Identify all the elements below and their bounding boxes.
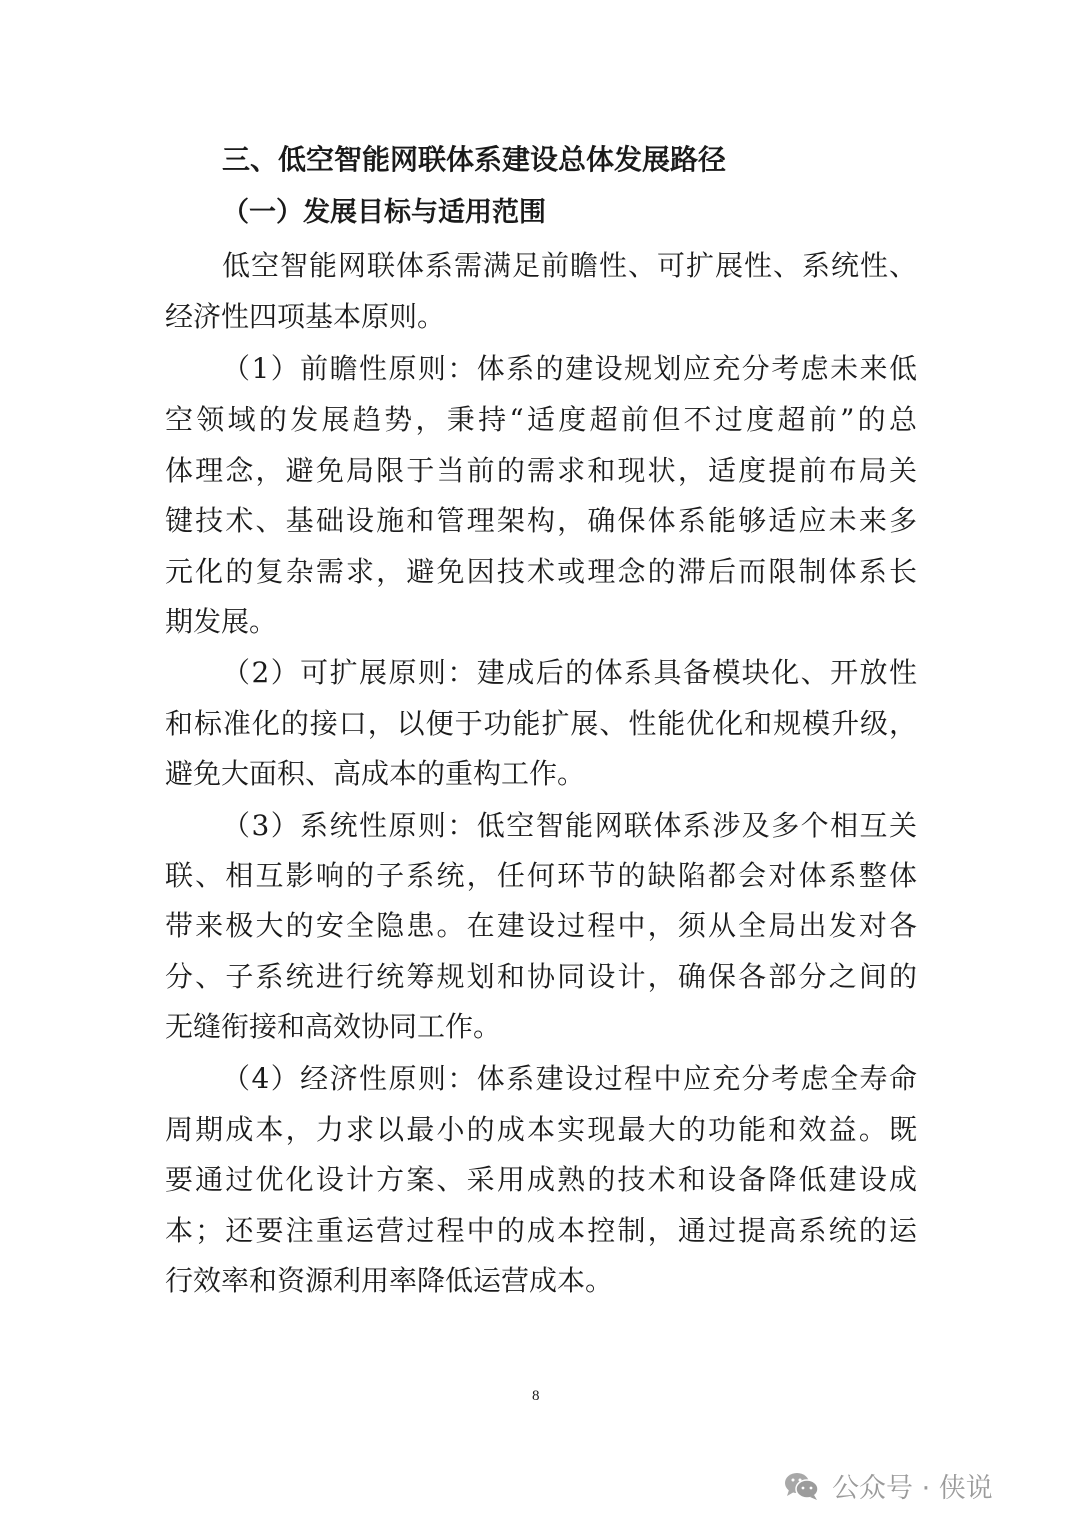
paragraph-line: 本；还要注重运营过程中的成本控制，通过提高系统的运	[165, 1211, 917, 1251]
paragraph-line: （4）经济性原则：体系建设过程中应充分考虑全寿命	[222, 1059, 917, 1099]
paragraph-line: 元化的复杂需求，避免因技术或理念的滞后而限制体系长	[165, 552, 917, 592]
paragraph-line: 分、子系统进行统筹规划和协同设计，确保各部分之间的	[165, 957, 917, 997]
paragraph-line: 体理念，避免局限于当前的需求和现状，适度提前布局关	[165, 451, 917, 491]
document-page: 三、低空智能网联体系建设总体发展路径 （一）发展目标与适用范围 低空智能网联体系…	[0, 0, 1080, 1527]
watermark: 公众号 · 侠说	[784, 1466, 993, 1505]
paragraph-line: （1）前瞻性原则：体系的建设规划应充分考虑未来低	[222, 349, 917, 389]
paragraph-line: 经济性四项基本原则。	[165, 297, 917, 337]
subsection-heading: （一）发展目标与适用范围	[222, 193, 974, 233]
paragraph-line: 和标准化的接口，以便于功能扩展、性能优化和规模升级，	[165, 704, 917, 744]
section-heading: 三、低空智能网联体系建设总体发展路径	[222, 140, 974, 180]
page-number: 8	[532, 1388, 540, 1405]
watermark-text: 公众号 · 侠说	[832, 1466, 993, 1505]
paragraph-line: 行效率和资源利用率降低运营成本。	[165, 1261, 917, 1301]
paragraph-line: （2）可扩展原则：建成后的体系具备模块化、开放性	[222, 653, 917, 693]
paragraph-line: 键技术、基础设施和管理架构，确保体系能够适应未来多	[165, 501, 917, 541]
paragraph-line: 避免大面积、高成本的重构工作。	[165, 754, 917, 794]
paragraph-line: 低空智能网联体系需满足前瞻性、可扩展性、系统性、	[222, 246, 917, 286]
paragraph-line: 周期成本，力求以最小的成本实现最大的功能和效益。既	[165, 1110, 917, 1150]
paragraph-line: （3）系统性原则：低空智能网联体系涉及多个相互关	[222, 806, 917, 846]
paragraph-line: 空领域的发展趋势，秉持“适度超前但不过度超前”的总	[165, 400, 917, 440]
wechat-icon	[784, 1471, 820, 1501]
paragraph-line: 带来极大的安全隐患。在建设过程中，须从全局出发对各	[165, 906, 917, 946]
paragraph-line: 要通过优化设计方案、采用成熟的技术和设备降低建设成	[165, 1160, 917, 1200]
paragraph-line: 联、相互影响的子系统，任何环节的缺陷都会对体系整体	[165, 856, 917, 896]
paragraph-line: 期发展。	[165, 602, 917, 642]
paragraph-line: 无缝衔接和高效协同工作。	[165, 1007, 917, 1047]
